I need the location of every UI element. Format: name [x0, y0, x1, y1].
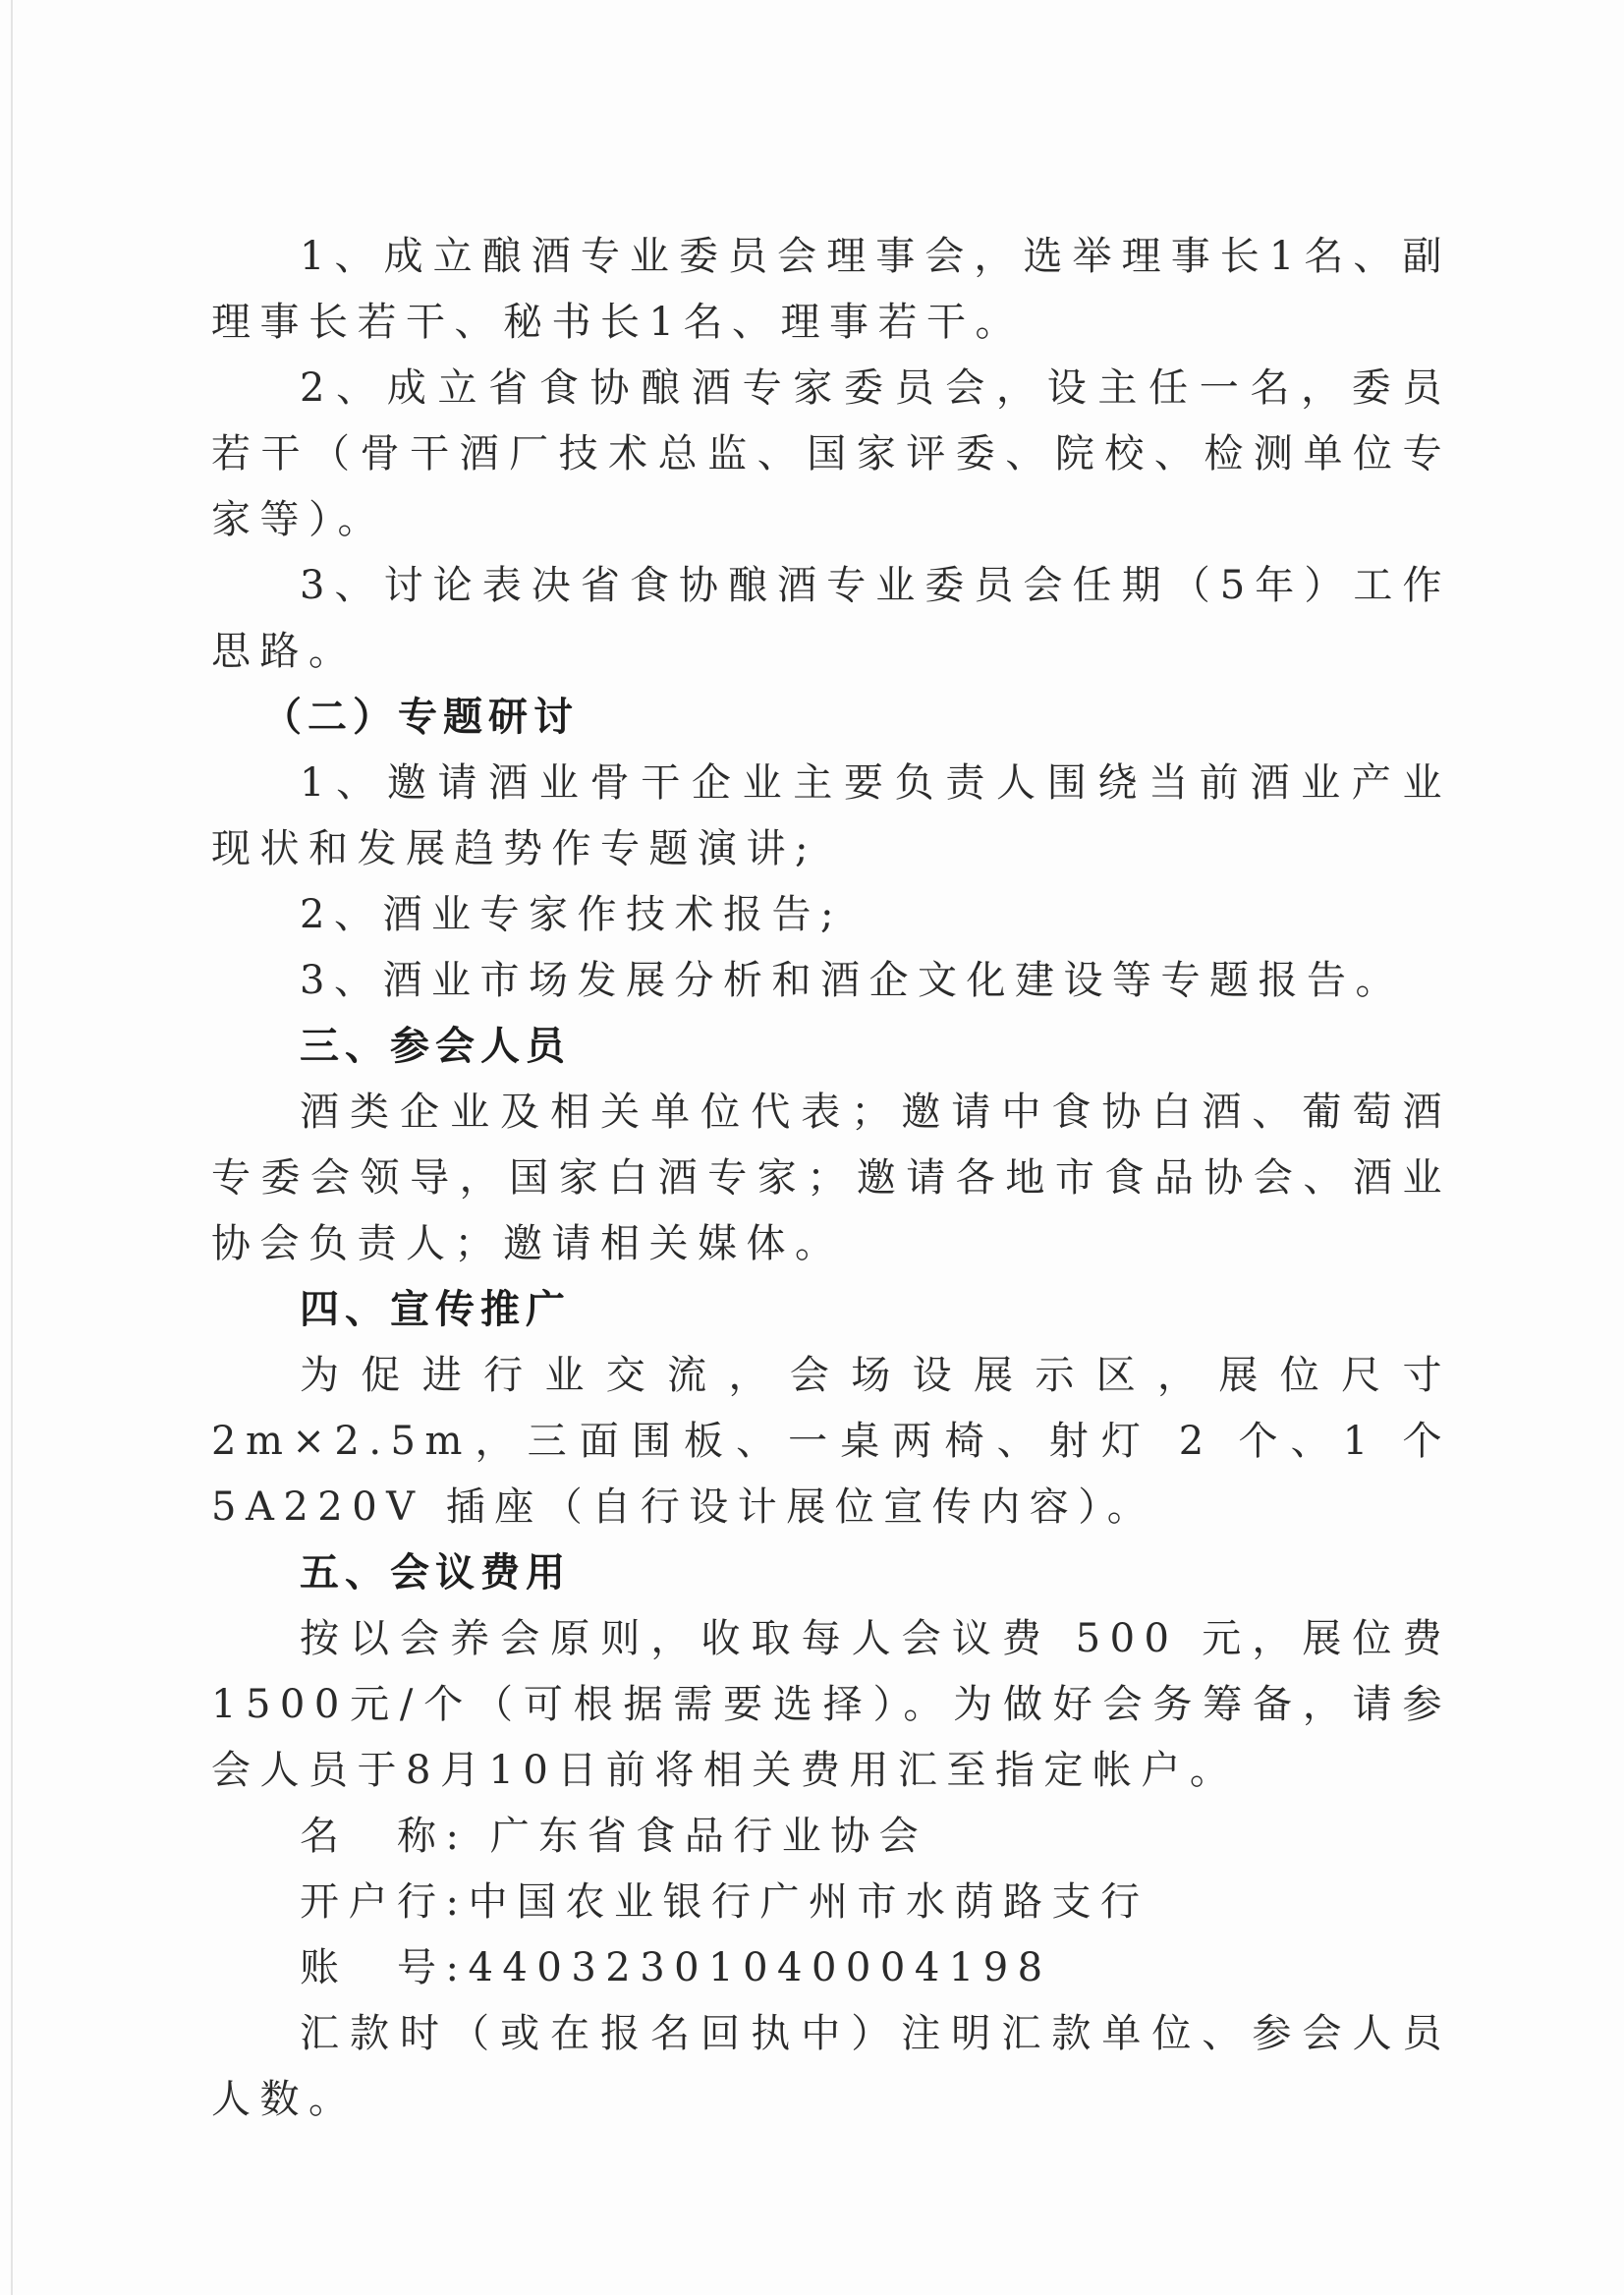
account-name-label: 名 称:	[300, 1814, 468, 1859]
account-number-value: 44032301040004198	[468, 1945, 1051, 1990]
account-number-label: 账 号:	[300, 1945, 468, 1990]
item-keynote-speech: 1、邀请酒业骨干企业主要负责人围绕当前酒业产业现状和发展趋势作专题演讲;	[211, 751, 1451, 882]
item-technical-report: 2、酒业专家作技术报告;	[211, 882, 1451, 948]
document-body: 1、成立酿酒专业委员会理事会，选举理事长1名、副理事长若干、秘书长1名、理事若干…	[211, 224, 1451, 2133]
fees-text: 按以会养会原则，收取每人会议费 500 元，展位费1500元/个（可根据需要选择…	[211, 1606, 1451, 1804]
item-establish-expert-committee: 2、成立省食协酿酒专家委员会，设主任一名，委员若干（骨干酒厂技术总监、国家评委、…	[211, 356, 1451, 553]
account-number-row: 账 号:44032301040004198	[211, 1935, 1451, 2001]
item-market-analysis: 3、酒业市场发展分析和酒企文化建设等专题报告。	[211, 948, 1451, 1014]
attendees-text: 酒类企业及相关单位代表；邀请中食协白酒、葡萄酒专委会领导，国家白酒专家；邀请各地…	[211, 1080, 1451, 1277]
bank-value: 中国农业银行广州市水荫路支行	[468, 1879, 1148, 1925]
account-name-row: 名 称: 广东省食品行业协会	[211, 1804, 1451, 1870]
remittance-note: 汇款时（或在报名回执中）注明汇款单位、参会人员人数。	[211, 2001, 1451, 2133]
bank-label: 开户行:	[300, 1879, 468, 1925]
scan-edge	[11, 0, 13, 2295]
item-discuss-work-plan: 3、讨论表决省食协酿酒专业委员会任期（5年）工作思路。	[211, 553, 1451, 685]
item-establish-council: 1、成立酿酒专业委员会理事会，选举理事长1名、副理事长若干、秘书长1名、理事若干…	[211, 224, 1451, 356]
heading-fees: 五、会议费用	[211, 1540, 1451, 1606]
account-name-value: 广东省食品行业协会	[490, 1814, 928, 1859]
subheading-topic-seminar: （二）专题研讨	[211, 685, 1451, 751]
bank-row: 开户行:中国农业银行广州市水荫路支行	[211, 1870, 1451, 1935]
heading-promotion: 四、宣传推广	[211, 1277, 1451, 1343]
promotion-text: 为促进行业交流，会场设展示区，展位尺寸 2m×2.5m，三面围板、一桌两椅、射灯…	[211, 1343, 1451, 1540]
heading-attendees: 三、参会人员	[211, 1014, 1451, 1080]
document-page: 1、成立酿酒专业委员会理事会，选举理事长1名、副理事长若干、秘书长1名、理事若干…	[0, 0, 1624, 2295]
